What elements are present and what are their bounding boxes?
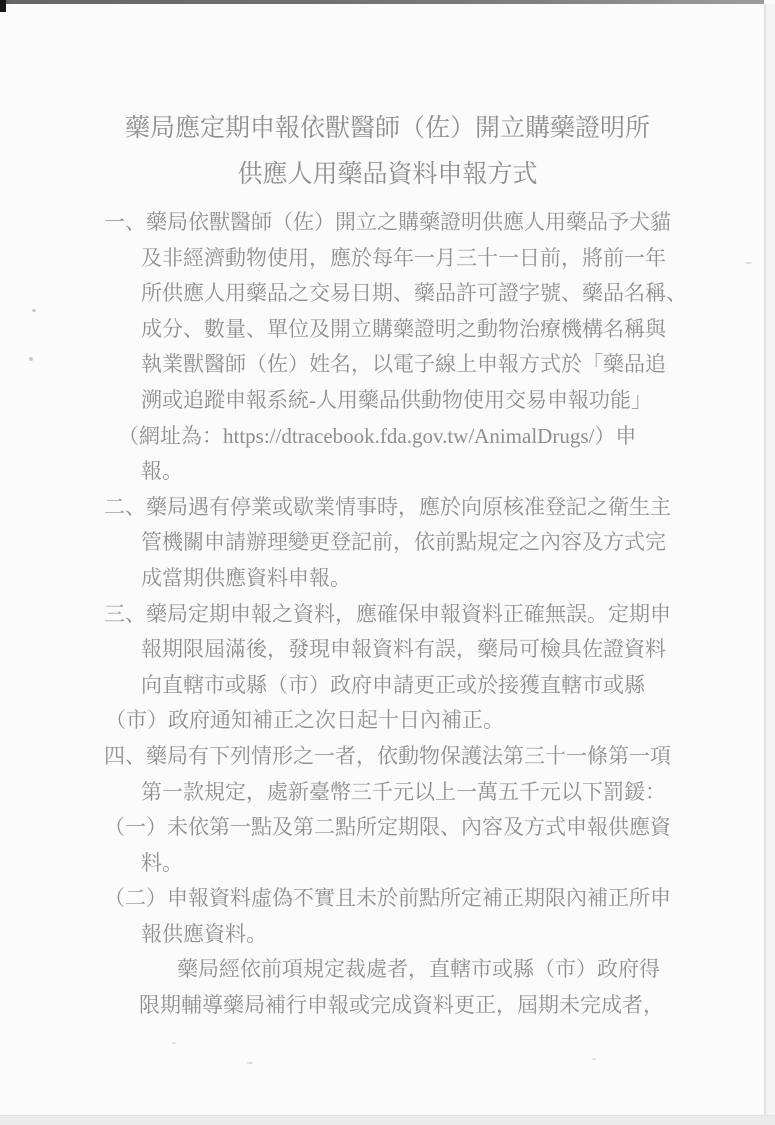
scan-speck <box>172 1042 176 1044</box>
text-line: （一）未依第一點及第二點所定期限、內容及方式申報供應資 <box>104 810 704 846</box>
title-line-1: 藥局應定期申報依獸醫師（佐）開立購藥證明所 <box>0 106 775 152</box>
text-line: 報。 <box>104 454 704 490</box>
text-line: 四、藥局有下列情形之一者，依動物保護法第三十一條第一項 <box>104 739 704 775</box>
text-line: 成分、數量、單位及開立購藥證明之動物治療機構名稱與 <box>104 312 704 348</box>
text-line: （二）申報資料虛偽不實且未於前點所定補正期限內補正所申 <box>104 881 704 917</box>
scan-edge-top <box>0 0 764 4</box>
text-line: 管機關申請辦理變更登記前，依前點規定之內容及方式完 <box>104 525 704 561</box>
title-line-2: 供應人用藥品資料申報方式 <box>0 152 775 198</box>
text-line: 限期輔導藥局補行申報或完成資料更正，屆期未完成者， <box>104 988 704 1024</box>
text-line: 一、藥局依獸醫師（佐）開立之購藥證明供應人用藥品予犬貓 <box>104 205 704 241</box>
paragraph-item-3: 三、藥局定期申報之資料，應確保申報資料正確無誤。定期申報期限屆滿後，發現申報資料… <box>104 597 704 739</box>
scan-speck <box>592 1058 596 1060</box>
document: 藥局應定期申報依獸醫師（佐）開立購藥證明所 供應人用藥品資料申報方式 一、藥局依… <box>0 106 775 1024</box>
scanned-page: 藥局應定期申報依獸醫師（佐）開立購藥證明所 供應人用藥品資料申報方式 一、藥局依… <box>0 0 775 1125</box>
paragraph-subitem-2: （二）申報資料虛偽不實且未於前點所定補正期限內補正所申報供應資料。 <box>104 881 704 952</box>
text-line: 執業獸醫師（佐）姓名，以電子線上申報方式於「藥品追 <box>104 347 704 383</box>
paragraph-subitem-1: （一）未依第一點及第二點所定期限、內容及方式申報供應資料。 <box>104 810 704 881</box>
scan-edge-corner <box>0 0 6 12</box>
scan-speck <box>247 1062 253 1064</box>
text-line: 二、藥局遇有停業或歇業情事時，應於向原核准登記之衛生主 <box>104 490 704 526</box>
document-body: 一、藥局依獸醫師（佐）開立之購藥證明供應人用藥品予犬貓及非經濟動物使用，應於每年… <box>104 205 704 1024</box>
document-title: 藥局應定期申報依獸醫師（佐）開立購藥證明所 供應人用藥品資料申報方式 <box>0 106 775 198</box>
scan-edge-bottom <box>0 1115 775 1125</box>
paragraph-item-1: 一、藥局依獸醫師（佐）開立之購藥證明供應人用藥品予犬貓及非經濟動物使用，應於每年… <box>104 205 704 490</box>
paragraph-closing: 藥局經依前項規定裁處者，直轄市或縣（市）政府得限期輔導藥局補行申報或完成資料更正… <box>104 952 704 1023</box>
text-line: 及非經濟動物使用，應於每年一月三十一日前，將前一年 <box>104 241 704 277</box>
text-line: 向直轄市或縣（市）政府申請更正或於接獲直轄市或縣 <box>104 668 704 704</box>
text-line: （網址為：https://dtracebook.fda.gov.tw/Anima… <box>104 419 704 455</box>
text-line: 報期限屆滿後，發現申報資料有誤，藥局可檢具佐證資料 <box>104 632 704 668</box>
text-line: 第一款規定，處新臺幣三千元以上一萬五千元以下罰鍰： <box>104 775 704 811</box>
text-line: 三、藥局定期申報之資料，應確保申報資料正確無誤。定期申 <box>104 597 704 633</box>
text-line: 所供應人用藥品之交易日期、藥品許可證字號、藥品名稱、 <box>104 276 704 312</box>
paragraph-item-2: 二、藥局遇有停業或歇業情事時，應於向原核准登記之衛生主管機關申請辦理變更登記前，… <box>104 490 704 597</box>
text-line: 溯或追蹤申報系統-人用藥品供動物使用交易申報功能」 <box>104 383 704 419</box>
text-line: 料。 <box>104 846 704 882</box>
text-line: 成當期供應資料申報。 <box>104 561 704 597</box>
text-line: 報供應資料。 <box>104 917 704 953</box>
text-line: 藥局經依前項規定裁處者，直轄市或縣（市）政府得 <box>104 952 704 988</box>
text-line: （市）政府通知補正之次日起十日內補正。 <box>104 703 704 739</box>
paragraph-item-4: 四、藥局有下列情形之一者，依動物保護法第三十一條第一項第一款規定，處新臺幣三千元… <box>104 739 704 810</box>
